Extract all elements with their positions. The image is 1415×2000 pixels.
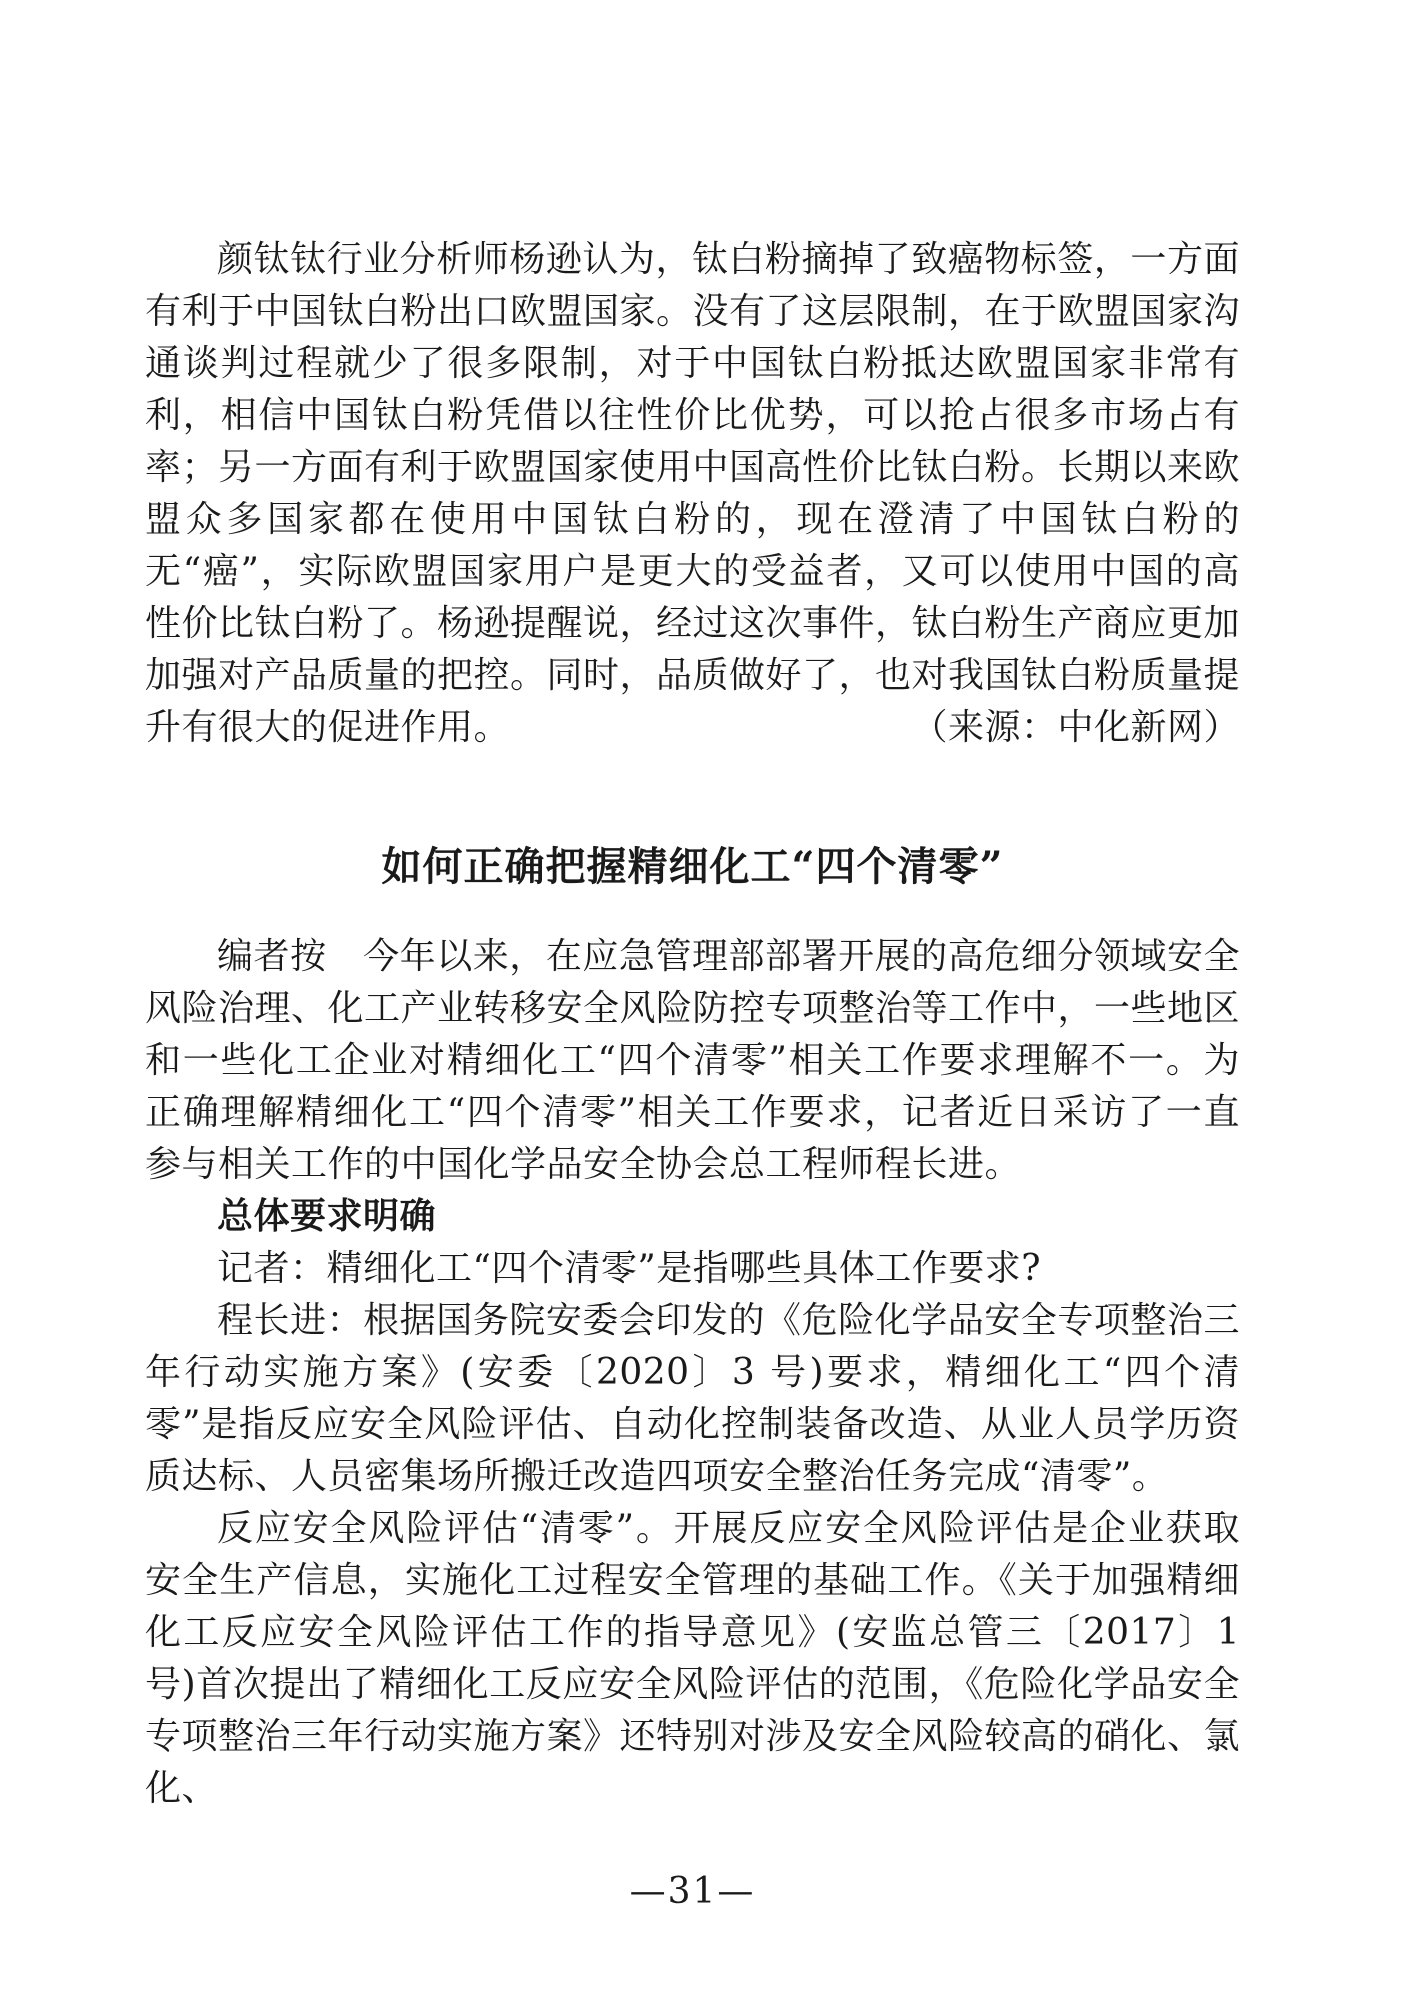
expert-answer-paragraph: 程长进：根据国务院安委会印发的《危险化学品安全专项整治三年行动实施方案》(安委〔…	[145, 1295, 1240, 1503]
reporter-question-paragraph: 记者：精细化工“四个清零”是指哪些具体工作要求?	[145, 1243, 1240, 1295]
page-number: —31—	[145, 1866, 1240, 1918]
text-column: 颜钛钛行业分析师杨逊认为，钛白粉摘掉了致癌物标签，一方面有利于中国钛白粉出口欧盟…	[145, 0, 1240, 1918]
body-paragraph-risk-assessment: 反应安全风险评估“清零”。开展反应安全风险评估是企业获取安全生产信息，实施化工过…	[145, 1503, 1240, 1815]
prev-article-closing-paragraph: 颜钛钛行业分析师杨逊认为，钛白粉摘掉了致癌物标签，一方面有利于中国钛白粉出口欧盟…	[145, 0, 1240, 754]
article-title: 如何正确把握精细化工“四个清零”	[145, 839, 1240, 895]
document-page: 颜钛钛行业分析师杨逊认为，钛白粉摘掉了致癌物标签，一方面有利于中国钛白粉出口欧盟…	[0, 0, 1415, 2000]
prev-article-body-text: 颜钛钛行业分析师杨逊认为，钛白粉摘掉了致癌物标签，一方面有利于中国钛白粉出口欧盟…	[145, 239, 1240, 748]
section-heading: 总体要求明确	[145, 1191, 1240, 1243]
editor-note-paragraph: 编者按 今年以来，在应急管理部部署开展的高危细分领域安全风险治理、化工产业转移安…	[145, 931, 1240, 1191]
source-attribution: （来源：中化新网）	[911, 702, 1240, 754]
